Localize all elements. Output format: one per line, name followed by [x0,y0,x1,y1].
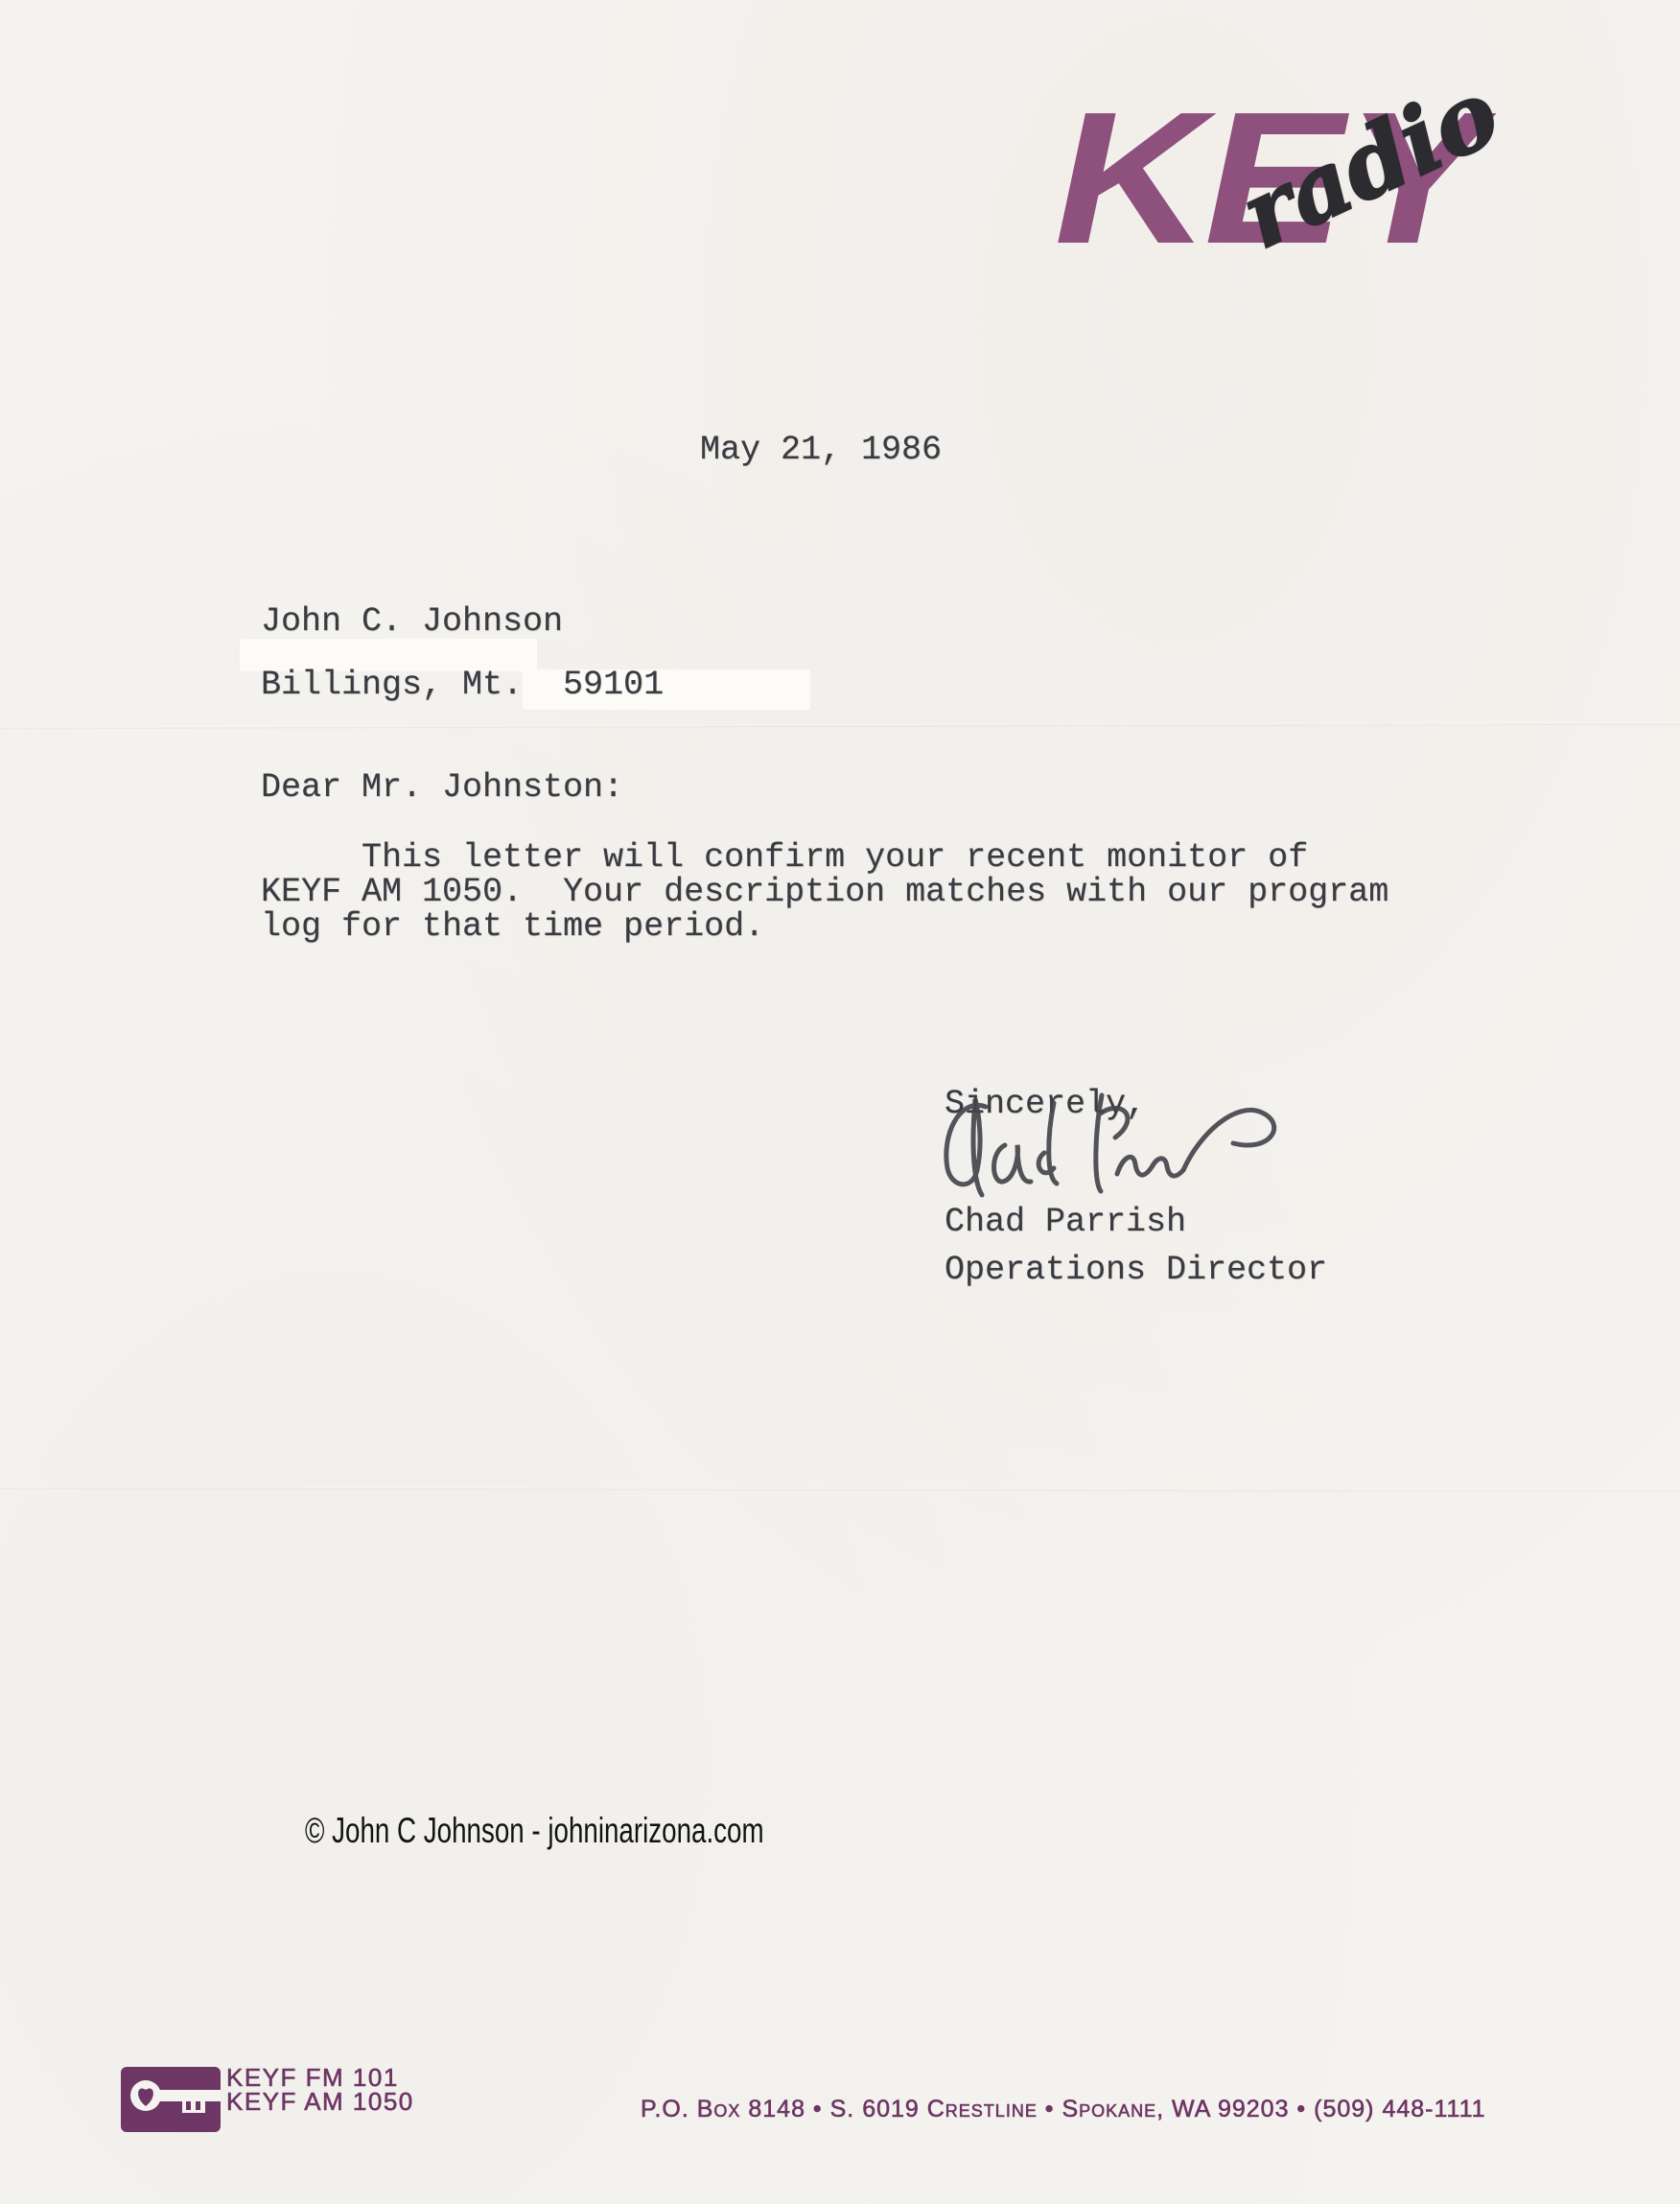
footer-address-line: P.O. Box 8148 • S. 6019 Crestline • Spok… [641,2097,1486,2123]
signer-title-line: Operations Director [945,1253,1327,1287]
key-icon [121,2067,221,2132]
paper-crease [0,722,1680,730]
letter-date: May 21, 1986 [700,433,942,467]
signer-name-line: Chad Parrish [945,1205,1186,1239]
station-am-line: KEYF AM 1050 [226,2090,414,2114]
signature-script [928,1086,1291,1208]
copyright-watermark: © John C Johnson - johninarizona.com [305,1812,764,1851]
body-paragraph: This letter will confirm your recent mon… [261,840,1388,944]
station-call-lines: KEYF FM 101 KEYF AM 1050 [226,2066,414,2114]
recipient-name-line: John C. Johnson [261,604,563,639]
recipient-city-line: Billings, Mt. 59101 [261,668,664,702]
scanned-letter-page: KEY radio May 21, 1986 John C. Johnson B… [0,0,1680,2204]
salutation-line: Dear Mr. Johnston: [261,770,623,805]
paper-crease [0,1486,1680,1491]
